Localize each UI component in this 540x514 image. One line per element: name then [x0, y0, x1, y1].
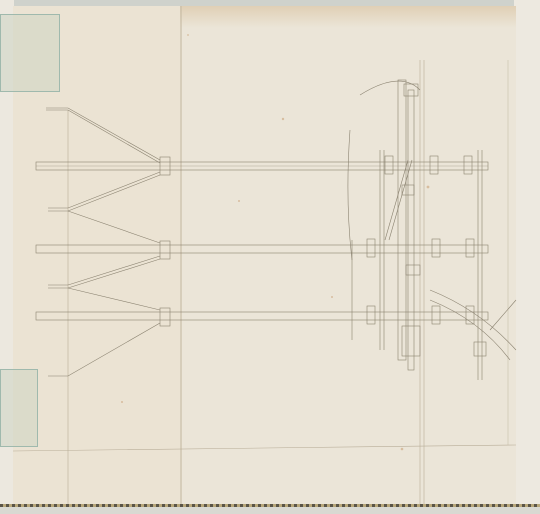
technical-drawing	[0, 0, 540, 514]
scan-bottom-background	[0, 507, 540, 514]
